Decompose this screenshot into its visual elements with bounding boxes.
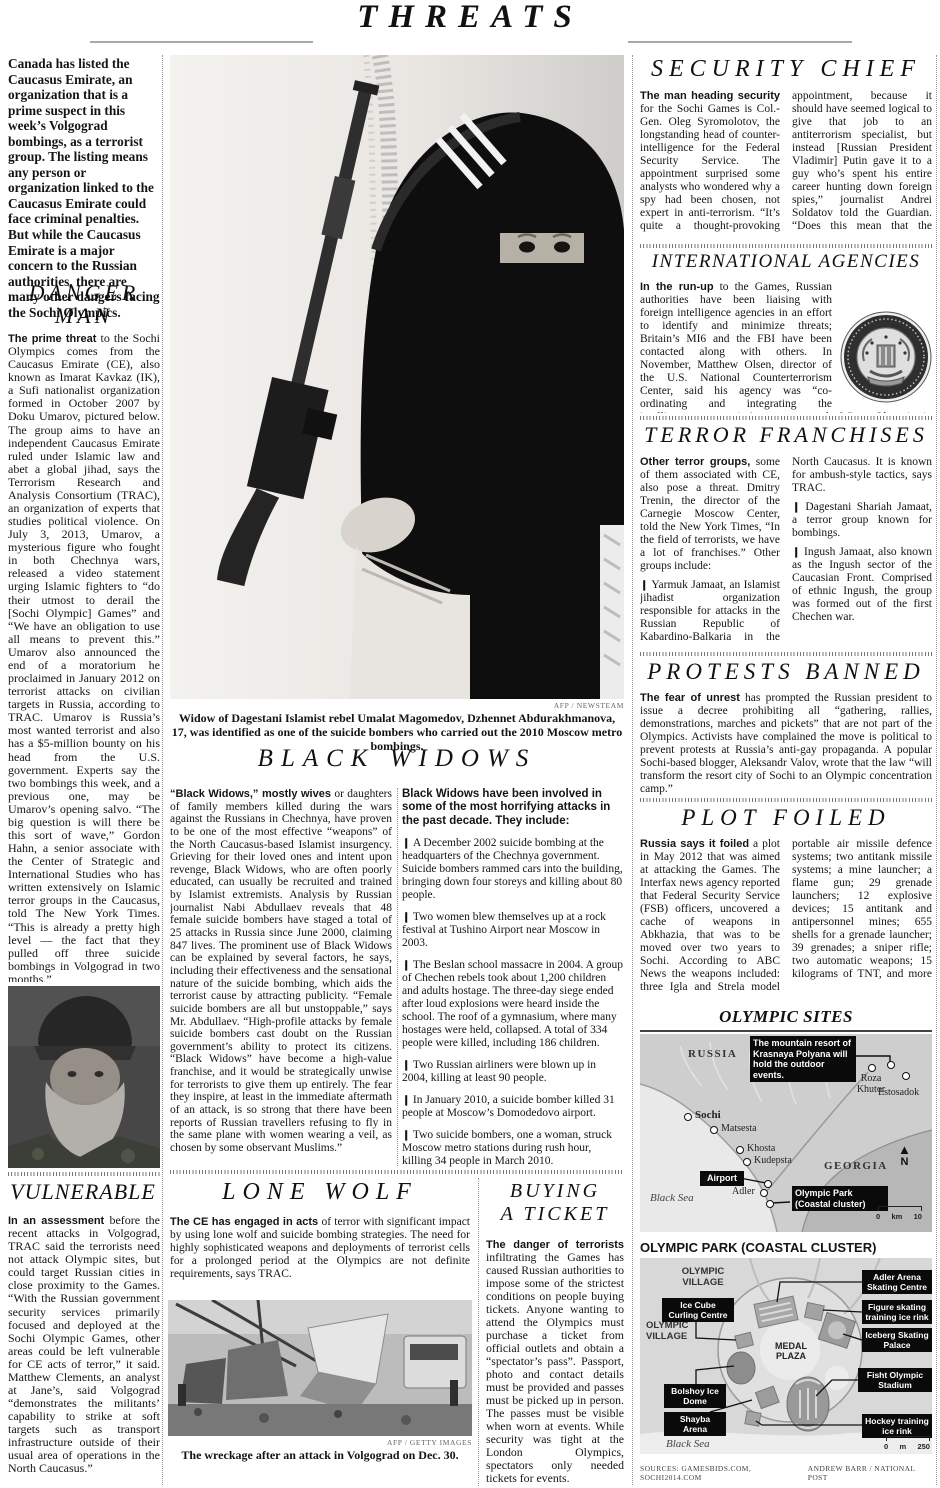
park-venue-iceberg: Iceberg Skating Palace — [862, 1328, 932, 1352]
scale-unit: m — [899, 1442, 906, 1451]
park-venue-figure-skating: Figure skating training ice rink — [862, 1300, 932, 1324]
black-widows-bullet: A December 2002 suicide bombing at the h… — [402, 837, 624, 902]
park-label-olympic-village-2: OLYMPIC VILLAGE — [646, 1320, 708, 1343]
security-chief-lead: The man heading security — [640, 90, 780, 102]
buying-ticket-body: The danger of terrorists infiltrating th… — [486, 1238, 624, 1486]
olympic-sites-title-rule — [640, 1030, 932, 1032]
black-widows-right-intro: Black Widows have been involved in some … — [402, 788, 624, 828]
rule-below-black-widows — [170, 1170, 624, 1174]
scale-bar — [878, 1206, 922, 1211]
security-chief-body: The man heading security for the Sochi G… — [640, 90, 932, 242]
international-agencies-headline: INTERNATIONAL AGENCIES — [638, 252, 934, 272]
buying-ticket-title-line1: BUYING — [510, 1180, 600, 1202]
divider-lonewolf-ticket — [478, 1178, 479, 1486]
map-label-airport: Airport — [700, 1171, 744, 1186]
divider-left-column — [162, 55, 163, 1485]
park-label-black-sea: Black Sea — [666, 1438, 710, 1450]
map-city-khosta: Khosta — [747, 1144, 775, 1155]
park-venue-ice-cube: Ice Cube Curling Centre — [662, 1298, 734, 1322]
map-city-matsesta: Matsesta — [721, 1124, 757, 1135]
park-label-medal-plaza: MEDAL PLAZA — [770, 1342, 812, 1362]
umarov-photo — [8, 986, 160, 1168]
map-dot-matsesta — [710, 1126, 718, 1134]
map-city-adler: Adler — [732, 1187, 755, 1198]
park-venue-hockey: Hockey training ice rink — [862, 1414, 932, 1438]
terror-franchises-bullet: Dagestani Shariah Jamaat, a terror group… — [792, 501, 932, 540]
map-dot-khosta — [736, 1146, 744, 1154]
map-dot-estosadok — [902, 1072, 910, 1080]
danger-man-title-line2: MAN — [55, 303, 113, 328]
map-callout-krasnaya-polyana: The mountain resort of Krasnaya Polyana … — [750, 1036, 856, 1082]
plot-foiled-body: Russia says it foiled a plot in May 2012… — [640, 838, 932, 1000]
international-agencies-body: In the run-up to the Games, Russian auth… — [640, 281, 932, 413]
map-dot-adler — [760, 1189, 768, 1197]
rule-after-international-agencies — [640, 416, 932, 420]
wreckage-photo-caption: The wreckage after an attack in Volgogra… — [168, 1449, 472, 1463]
protests-banned-lead: The fear of unrest — [640, 692, 740, 704]
plot-foiled-headline: PLOT FOILED — [640, 806, 932, 830]
protests-banned-headline: PROTESTS BANNED — [640, 660, 932, 684]
divider-black-widows-columns — [397, 788, 398, 1166]
lone-wolf-lead: The CE has engaged in acts — [170, 1216, 318, 1228]
black-widows-bullet: The Beslan school massacre in 2004. A gr… — [402, 959, 624, 1050]
plot-foiled-lead: Russia says it foiled — [640, 838, 749, 850]
terror-franchises-body: Other terror groups, some of them associ… — [640, 456, 932, 650]
newspaper-page: { "header": { "title": "THREATS" }, "int… — [0, 0, 940, 1488]
map-sources-row: SOURCES: GAMESBIDS.COM, SOCHI2014.COM AN… — [640, 1464, 932, 1482]
park-venue-fisht: Fisht Olympic Stadium — [858, 1368, 932, 1392]
map-label-georgia: GEORGIA — [824, 1160, 888, 1172]
danger-man-body: The prime threat to the Sochi Olympics c… — [8, 332, 160, 982]
olympic-park-map: OLYMPIC VILLAGE OLYMPIC VILLAGE Ice Cube… — [640, 1258, 932, 1454]
black-widows-bullet: Two Russian airliners were blown up in 2… — [402, 1059, 624, 1085]
divider-page-right-edge — [936, 55, 937, 1485]
scale-zero: 0 — [884, 1442, 888, 1451]
map-dot-roza-khutor — [868, 1064, 876, 1072]
header-rule-left — [90, 41, 313, 43]
security-chief-headline: SECURITY CHIEF — [640, 57, 932, 82]
map-city-kudepsta: Kudepsta — [754, 1156, 792, 1167]
scale-max: 250 — [917, 1442, 930, 1451]
black-widows-headline: BLACK WIDOWS — [170, 746, 624, 772]
rule-after-security-chief — [640, 244, 932, 248]
map-dot-sochi — [684, 1113, 692, 1121]
park-label-olympic-village-1: OLYMPIC VILLAGE — [668, 1266, 738, 1289]
terror-franchises-bullet: Ingush Jamaat, also known as the Ingush … — [792, 546, 932, 624]
black-widows-bullet: Two suicide bombers, one a woman, struck… — [402, 1129, 624, 1168]
north-arrow-icon: ▲ N — [898, 1144, 911, 1168]
map-label-olympic-park: Olympic Park (Coastal cluster) — [792, 1186, 888, 1211]
buying-ticket-title-line2: A TICKET — [501, 1203, 610, 1225]
international-agencies-lead: In the run-up — [640, 281, 714, 293]
divider-right-column — [632, 55, 633, 1485]
wreckage-photo-credit: AFP / GETTY IMAGES — [168, 1438, 472, 1447]
rule-after-terror-franchises — [640, 652, 932, 656]
compass-n-label: N — [898, 1156, 911, 1168]
black-widows-bullet: Two women blew themselves up at a rock f… — [402, 911, 624, 950]
map-label-russia: RUSSIA — [688, 1048, 737, 1060]
rule-above-vulnerable — [8, 1172, 160, 1176]
olympic-sites-map: RUSSIA GEORGIA Black Sea The mountain re… — [640, 1034, 932, 1232]
olympic-park-title: OLYMPIC PARK (COASTAL CLUSTER) — [640, 1240, 932, 1255]
map-city-estosadok: Estosadok — [878, 1088, 919, 1099]
fbi-seal — [840, 311, 932, 407]
map-scale-km: 0 km 10 — [878, 1206, 922, 1221]
map-dot-krasnaya-polyana — [887, 1061, 895, 1069]
map-dot-olympic-park — [766, 1200, 774, 1208]
scale-unit: km — [891, 1212, 902, 1221]
black-widows-lead: “Black Widows,” mostly wives — [170, 788, 331, 800]
rule-after-protests-banned — [640, 798, 932, 802]
park-scale-m: 0 m 250 — [886, 1436, 930, 1451]
black-widows-left-column: “Black Widows,” mostly wives or daughter… — [170, 788, 392, 1168]
scale-zero: 0 — [876, 1212, 880, 1221]
header-rule-right — [628, 41, 852, 43]
scale-bar — [886, 1436, 930, 1441]
danger-man-headline: DANGER MAN — [8, 282, 160, 328]
park-venue-shayba: Shayba Arena — [664, 1412, 726, 1436]
map-label-black-sea: Black Sea — [650, 1192, 694, 1204]
map-city-sochi: Sochi — [695, 1110, 721, 1122]
main-photo-credit: AFP / NEWSTEAM — [170, 701, 624, 710]
scale-max: 10 — [914, 1212, 922, 1221]
park-venue-bolshoy: Bolshoy Ice Dome — [664, 1384, 726, 1408]
park-venue-adler-arena: Adler Arena Skating Centre — [862, 1270, 932, 1294]
black-widows-bullet: In January 2010, a suicide bomber killed… — [402, 1094, 624, 1120]
map-dot-airport — [764, 1180, 772, 1188]
wreckage-photo — [168, 1300, 472, 1436]
map-dot-kudepsta — [743, 1158, 751, 1166]
lone-wolf-body: The CE has engaged in acts of terror wit… — [170, 1216, 470, 1281]
sources-text: SOURCES: GAMESBIDS.COM, SOCHI2014.COM — [640, 1464, 808, 1482]
main-photo — [170, 55, 624, 699]
vulnerable-body: In an assessment before the recent attac… — [8, 1214, 160, 1486]
graphic-credit: ANDREW BARR / NATIONAL POST — [808, 1464, 932, 1482]
vulnerable-headline: VULNERABLE — [4, 1181, 162, 1204]
protests-banned-body: The fear of unrest has prompted the Russ… — [640, 692, 932, 796]
black-widows-right-column: Black Widows have been involved in some … — [402, 788, 624, 1168]
terror-franchises-lead: Other terror groups, — [640, 456, 750, 468]
danger-man-title-line1: DANGER — [29, 280, 140, 305]
lone-wolf-headline: LONE WOLF — [170, 1180, 470, 1205]
olympic-sites-title: OLYMPIC SITES — [640, 1008, 932, 1026]
page-title: THREATS — [0, 0, 940, 34]
terror-franchises-headline: TERROR FRANCHISES — [640, 424, 932, 447]
buying-ticket-headline: BUYING A TICKET — [486, 1180, 624, 1226]
